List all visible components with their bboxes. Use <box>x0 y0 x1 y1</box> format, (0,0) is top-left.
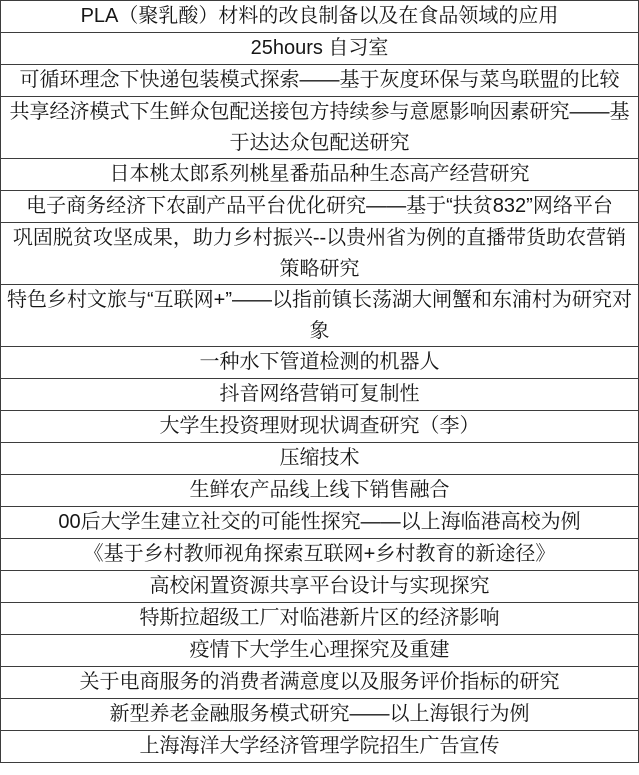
table-row: 上海海洋大学经济管理学院招生广告宣传 <box>1 731 638 763</box>
table-row: 高校闲置资源共享平台设计与实现探究 <box>1 571 638 603</box>
table-row: 日本桃太郎系列桃星番茄品种生态高产经营研究 <box>1 159 638 191</box>
table-row: 特色乡村文旅与“互联网+”——以指前镇长荡湖大闸蟹和东浦村为研究对 象 <box>1 285 638 347</box>
table-row: 生鲜农产品线上线下销售融合 <box>1 475 638 507</box>
table-row: 00后大学生建立社交的可能性探究——以上海临港高校为例 <box>1 507 638 539</box>
table-row: 可循环理念下快递包装模式探索——基于灰度环保与菜鸟联盟的比较 <box>1 65 638 97</box>
table-row: PLA（聚乳酸）材料的改良制备以及在食品领域的应用 <box>1 1 638 33</box>
table-row: 抖音网络营销可复制性 <box>1 379 638 411</box>
table-row: 共享经济模式下生鲜众包配送接包方持续参与意愿影响因素研究——基 于达达众包配送研… <box>1 97 638 159</box>
table-row: 特斯拉超级工厂对临港新片区的经济影响 <box>1 603 638 635</box>
table-row: 25hours 自习室 <box>1 33 638 65</box>
table-row: 《基于乡村教师视角探索互联网+乡村教育的新途径》 <box>1 539 638 571</box>
titles-table: PLA（聚乳酸）材料的改良制备以及在食品领域的应用25hours 自习室可循环理… <box>0 0 639 763</box>
table-row: 巩固脱贫攻坚成果，助力乡村振兴--以贵州省为例的直播带货助农营销 策略研究 <box>1 223 638 285</box>
table-row: 疫情下大学生心理探究及重建 <box>1 635 638 667</box>
table-row: 压缩技术 <box>1 443 638 475</box>
table-row: 一种水下管道检测的机器人 <box>1 347 638 379</box>
table-row: 关于电商服务的消费者满意度以及服务评价指标的研究 <box>1 667 638 699</box>
table-row: 电子商务经济下农副产品平台优化研究——基于“扶贫832”网络平台 <box>1 191 638 223</box>
table-row: 新型养老金融服务模式研究——以上海银行为例 <box>1 699 638 731</box>
table-row: 大学生投资理财现状调查研究（李） <box>1 411 638 443</box>
